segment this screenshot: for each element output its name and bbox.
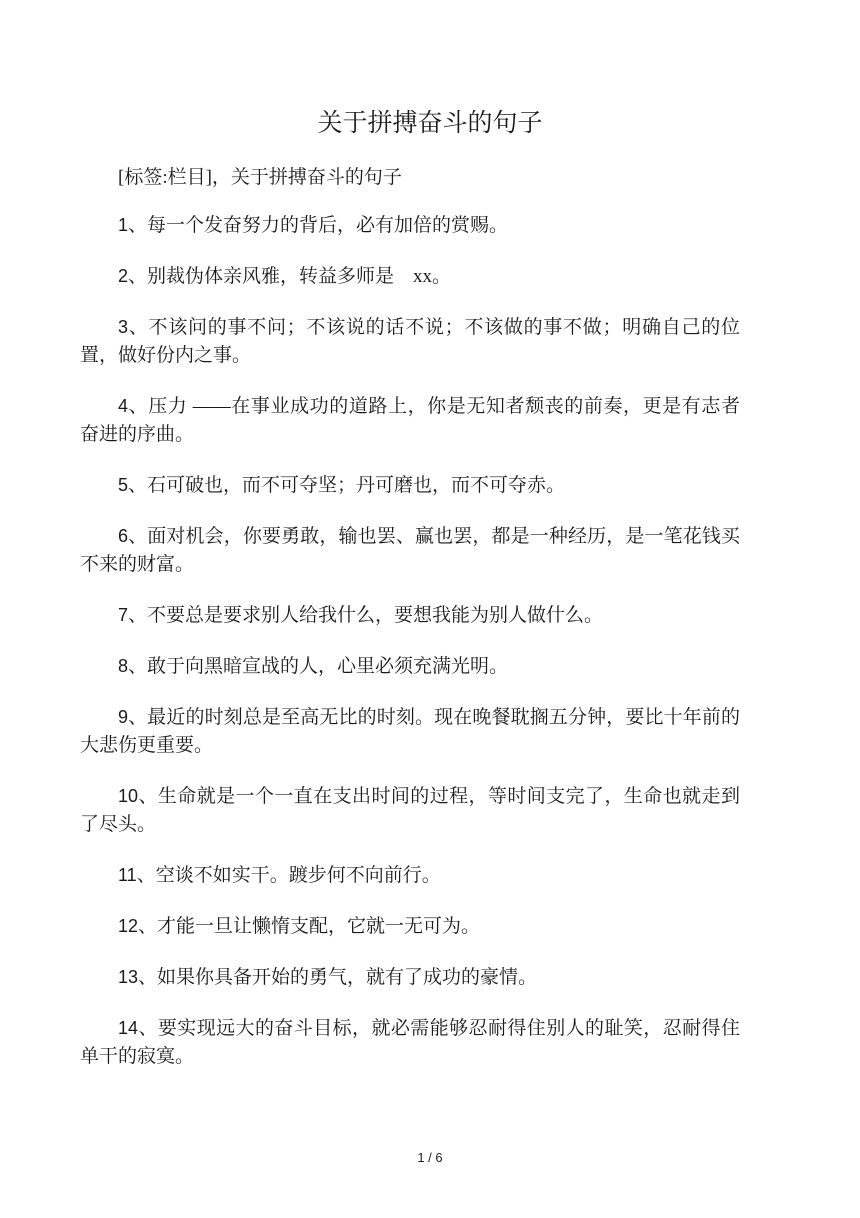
item-number: 3 bbox=[118, 317, 128, 337]
tag-line: [标签:栏目]，关于拼搏奋斗的句子 bbox=[80, 164, 740, 192]
item-separator: 、 bbox=[128, 656, 147, 677]
item-text: 才能一旦让懒惰支配，它就一无可为。 bbox=[157, 916, 480, 937]
item-number: 1 bbox=[118, 215, 128, 235]
item-separator: 、 bbox=[137, 865, 156, 886]
list-item: 6、面对机会，你要勇敢，输也罢、赢也罢，都是一种经历，是一笔花钱买不来的财富。 bbox=[80, 522, 740, 579]
item-text: 面对机会，你要勇敢，输也罢、赢也罢，都是一种经历，是一笔花钱买不来的财富。 bbox=[80, 526, 740, 575]
item-separator: 、 bbox=[128, 396, 148, 417]
list-item: 12、才能一旦让懒惰支配，它就一无可为。 bbox=[80, 912, 740, 941]
item-number: 9 bbox=[118, 707, 128, 727]
item-number: 12 bbox=[118, 916, 138, 936]
item-separator: 、 bbox=[128, 707, 147, 728]
list-item: 13、如果你具备开始的勇气，就有了成功的豪情。 bbox=[80, 963, 740, 992]
list-item: 3、不该问的事不问；不该说的话不说；不该做的事不做；明确自己的位置，做好份内之事… bbox=[80, 313, 740, 370]
item-text: 不要总是要求别人给我什么，要想我能为别人做什么。 bbox=[147, 605, 603, 626]
item-text: 不该问的事不问；不该说的话不说；不该做的事不做；明确自己的位置，做好份内之事。 bbox=[80, 317, 740, 366]
item-number: 6 bbox=[118, 526, 128, 546]
document-page: 关于拼搏奋斗的句子 [标签:栏目]，关于拼搏奋斗的句子 1、每一个发奋努力的背后… bbox=[0, 0, 860, 1218]
item-separator: 、 bbox=[128, 475, 147, 496]
list-item: 5、石可破也，而不可夺坚；丹可磨也，而不可夺赤。 bbox=[80, 471, 740, 500]
item-separator: 、 bbox=[138, 916, 157, 937]
page-number-indicator: 1 / 6 bbox=[0, 1150, 860, 1165]
item-separator: 、 bbox=[138, 967, 157, 988]
item-number: 5 bbox=[118, 475, 128, 495]
document-body: 关于拼搏奋斗的句子 [标签:栏目]，关于拼搏奋斗的句子 1、每一个发奋努力的背后… bbox=[0, 106, 860, 1071]
list-item: 11、空谈不如实干。踱步何不向前行。 bbox=[80, 861, 740, 890]
item-text: 敢于向黑暗宣战的人，心里必须充满光明。 bbox=[147, 656, 508, 677]
item-text: 如果你具备开始的勇气，就有了成功的豪情。 bbox=[157, 967, 537, 988]
item-separator: 、 bbox=[128, 605, 147, 626]
item-text: 生命就是一个一直在支出时间的过程，等时间支完了，生命也就走到了尽头。 bbox=[80, 786, 740, 835]
item-text: 每一个发奋努力的背后，必有加倍的赏赐。 bbox=[147, 215, 508, 236]
item-number: 10 bbox=[118, 786, 138, 806]
item-number: 8 bbox=[118, 656, 128, 676]
list-item: 4、压力 ——在事业成功的道路上，你是无知者颓丧的前奏，更是有志者奋进的序曲。 bbox=[80, 392, 740, 449]
item-number: 11 bbox=[118, 865, 137, 885]
list-item: 9、最近的时刻总是至高无比的时刻。现在晚餐耽搁五分钟，要比十年前的大悲伤更重要。 bbox=[80, 703, 740, 760]
item-number: 13 bbox=[118, 967, 138, 987]
list-item: 8、敢于向黑暗宣战的人，心里必须充满光明。 bbox=[80, 652, 740, 681]
item-separator: 、 bbox=[128, 526, 147, 547]
item-number: 2 bbox=[118, 266, 128, 286]
list-item: 10、生命就是一个一直在支出时间的过程，等时间支完了，生命也就走到了尽头。 bbox=[80, 782, 740, 839]
item-number: 7 bbox=[118, 605, 128, 625]
item-number: 4 bbox=[118, 396, 128, 416]
item-text: 压力 ——在事业成功的道路上，你是无知者颓丧的前奏，更是有志者奋进的序曲。 bbox=[80, 396, 740, 445]
list-item: 1、每一个发奋努力的背后，必有加倍的赏赐。 bbox=[80, 211, 740, 240]
item-separator: 、 bbox=[138, 786, 158, 807]
item-separator: 、 bbox=[128, 317, 148, 338]
item-separator: 、 bbox=[128, 266, 147, 287]
item-text: 别裁伪体亲风雅，转益多师是 xx。 bbox=[147, 266, 451, 287]
item-text: 最近的时刻总是至高无比的时刻。现在晚餐耽搁五分钟，要比十年前的大悲伤更重要。 bbox=[80, 707, 740, 756]
item-separator: 、 bbox=[138, 1018, 158, 1039]
item-number: 14 bbox=[118, 1018, 138, 1038]
item-separator: 、 bbox=[128, 215, 147, 236]
page-title: 关于拼搏奋斗的句子 bbox=[80, 106, 780, 142]
list-item: 2、别裁伪体亲风雅，转益多师是 xx。 bbox=[80, 262, 740, 291]
list-item: 7、不要总是要求别人给我什么，要想我能为别人做什么。 bbox=[80, 601, 740, 630]
item-text: 要实现远大的奋斗目标，就必需能够忍耐得住别人的耻笑，忍耐得住单干的寂寞。 bbox=[80, 1018, 740, 1067]
item-text: 石可破也，而不可夺坚；丹可磨也，而不可夺赤。 bbox=[147, 475, 565, 496]
list-item: 14、要实现远大的奋斗目标，就必需能够忍耐得住别人的耻笑，忍耐得住单干的寂寞。 bbox=[80, 1014, 740, 1071]
item-text: 空谈不如实干。踱步何不向前行。 bbox=[156, 865, 441, 886]
